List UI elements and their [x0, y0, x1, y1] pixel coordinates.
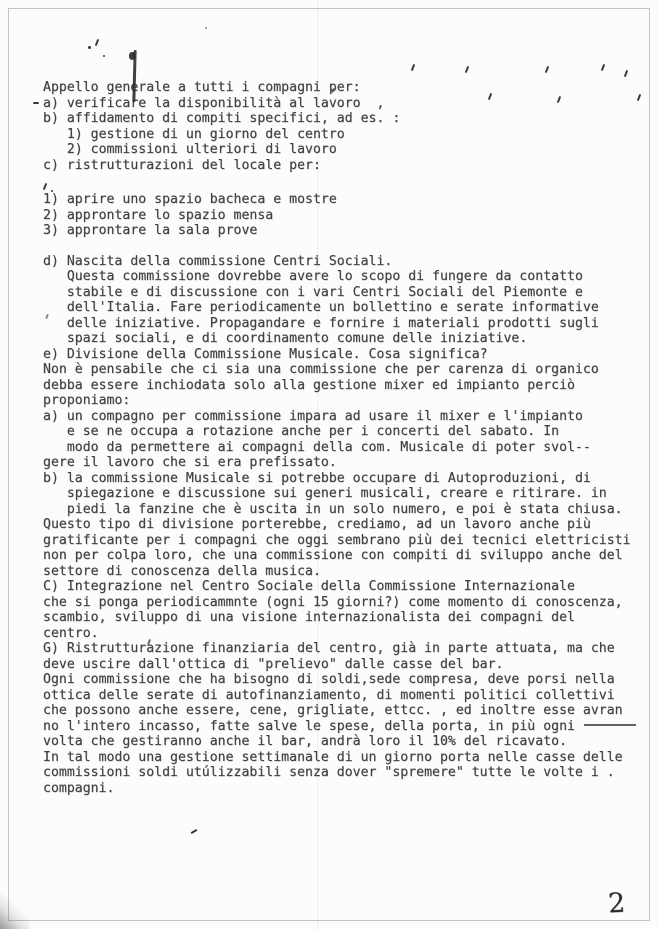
paragraph-main-body: d) Nascita della commissione Centri Soci…	[43, 254, 643, 797]
ink-speck	[88, 46, 91, 49]
page-number: 2	[607, 888, 626, 920]
ink-speck	[103, 55, 105, 57]
corner-shadow	[0, 893, 30, 929]
ink-speck	[601, 64, 605, 71]
ink-speck	[33, 102, 39, 104]
document-page: Appello generale a tutti i compagni per:…	[0, 0, 658, 929]
document-text: Appello generale a tutti i compagni per:…	[43, 80, 643, 796]
ink-speck	[205, 27, 207, 29]
ink-speck	[95, 39, 99, 46]
ink-speck	[190, 829, 197, 834]
paragraph-spazi-list: 1) aprire uno spazio bacheca e mostre 2)…	[43, 192, 643, 239]
ink-speck	[51, 190, 53, 192]
ink-speck	[624, 70, 628, 77]
ink-speck	[411, 64, 415, 71]
ink-speck	[465, 66, 469, 73]
underline-mark	[584, 724, 636, 726]
ink-speck	[545, 66, 549, 73]
